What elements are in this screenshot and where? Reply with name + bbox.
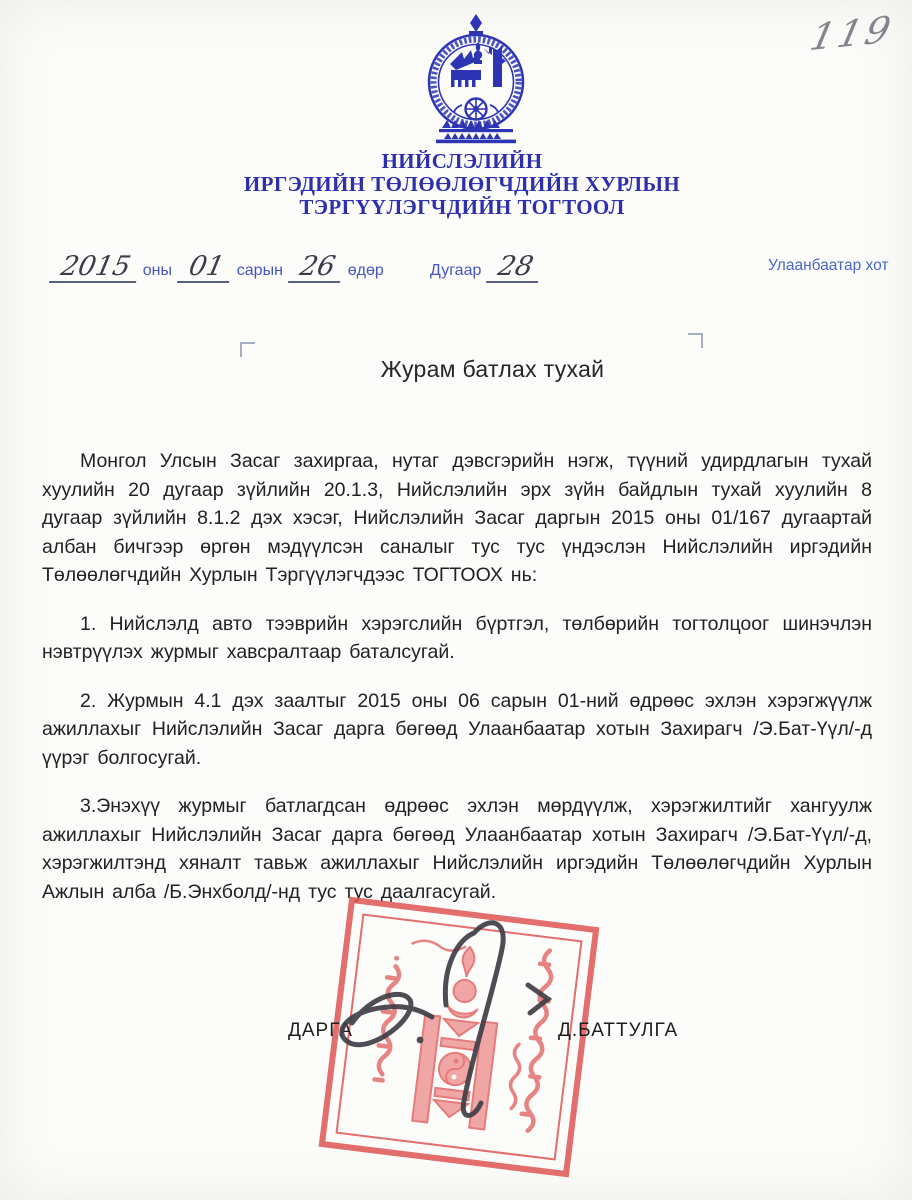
- number-label: Дугаар: [430, 262, 481, 279]
- signature-icon: [300, 905, 580, 1150]
- decree-item-1: 1. Нийслэлд авто тээврийн хэрэгслийн бүр…: [42, 610, 872, 667]
- org-title-line1: НИЙСЛЭЛИЙН: [12, 150, 912, 173]
- crop-mark-right-icon: [688, 333, 703, 348]
- handwritten-number: 28: [486, 254, 545, 283]
- org-title-line3: ТЭРГҮҮЛЭГЧДИЙН ТОГТООЛ: [12, 196, 912, 219]
- handwritten-page-number: 119: [806, 8, 897, 59]
- handwritten-day: 26: [288, 254, 347, 283]
- handwritten-year: 2015: [49, 254, 142, 283]
- decree-item-3: 3.Энэхүү журмыг батлагдсан өдрөөс эхлэн …: [42, 792, 872, 906]
- document-body: Монгол Улсын Засаг захиргаа, нутаг дэвсг…: [42, 447, 872, 926]
- document-number-line: Дугаар28: [430, 254, 542, 283]
- city-label: Улаанбаатар хот: [768, 257, 889, 275]
- intro-paragraph: Монгол Улсын Засаг захиргаа, нутаг дэвсг…: [42, 447, 872, 590]
- crop-mark-left-icon: [240, 342, 255, 357]
- date-line: 2015оны 01сарын 26өдөр: [52, 254, 388, 283]
- month-label: сарын: [237, 262, 283, 279]
- handwritten-month: 01: [177, 254, 236, 283]
- mongolia-state-emblem-icon: [420, 12, 532, 144]
- organization-title: НИЙСЛЭЛИЙН ИРГЭДИЙН ТӨЛӨӨЛӨГЧДИЙН ХУРЛЫН…: [12, 150, 912, 219]
- org-title-line2: ИРГЭДИЙН ТӨЛӨӨЛӨГЧДИЙН ХУРЛЫН: [12, 173, 912, 196]
- jewel-icon: [470, 14, 482, 32]
- scanned-document-page: 119: [0, 0, 912, 1200]
- year-label: оны: [143, 262, 172, 279]
- decree-item-2: 2. Журмын 4.1 дэх заалтыг 2015 оны 06 са…: [42, 687, 872, 773]
- document-title: Журам батлах тухай: [0, 356, 912, 383]
- day-label: өдөр: [348, 262, 384, 279]
